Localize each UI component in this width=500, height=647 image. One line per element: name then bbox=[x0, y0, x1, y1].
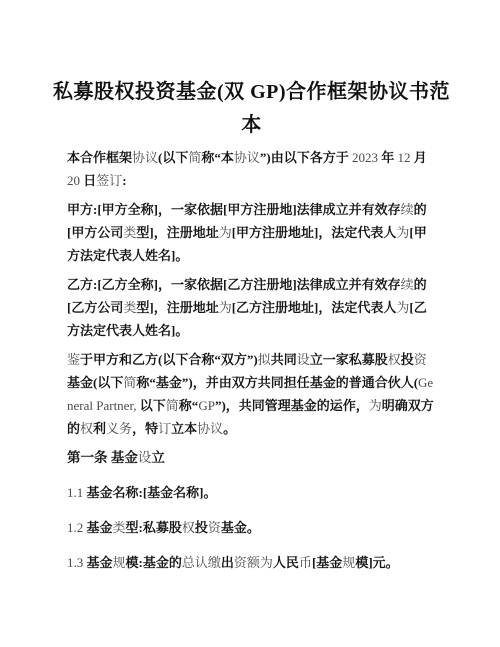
light-glyph-run: 资 bbox=[208, 520, 221, 535]
light-glyph-run: 1.3 bbox=[67, 555, 83, 570]
light-glyph-run: 简 bbox=[166, 398, 179, 413]
light-glyph-run: 规 bbox=[113, 555, 126, 570]
party-a-definition: 甲方:[甲方全称]，一家依据[甲方注册地]法律成立并有效存续的[甲方公司类型]，… bbox=[67, 198, 436, 267]
clause-fund-name: 1.1 基金名称:[基金名称]。 bbox=[67, 481, 436, 504]
intro-paragraph: 本合作框架协议(以下简称“本协议”)由以下各方于 2023 年 12 月 20 … bbox=[67, 146, 436, 192]
light-glyph-run: 1.1 bbox=[67, 485, 83, 500]
light-glyph-run: 为 bbox=[219, 300, 232, 315]
light-glyph-run: 签订 bbox=[96, 173, 122, 188]
light-glyph-run: 权 bbox=[80, 421, 93, 436]
clause-fund-size: 1.3 基金规模:基金的总认缴出资额为人民币[基金规模]元。 bbox=[67, 551, 436, 574]
document-page: 私募股权投资基金(双 GP)合作框架协议书范 本 本合作框架协议(以下简称“本协… bbox=[0, 0, 500, 647]
light-glyph-run: 20 bbox=[67, 173, 80, 188]
light-glyph-run: 类 bbox=[113, 520, 126, 535]
light-glyph-run: 权 bbox=[182, 520, 195, 535]
light-glyph-run: 类 bbox=[123, 300, 136, 315]
light-glyph-run: 资 bbox=[414, 352, 427, 367]
document-title: 私募股权投资基金(双 GP)合作框架协议书范 本 bbox=[47, 76, 456, 142]
light-glyph-run: 设 bbox=[297, 352, 310, 367]
light-glyph-run: 简 bbox=[123, 375, 136, 390]
light-glyph-run: 为 bbox=[369, 398, 382, 413]
party-b-definition: 乙方:[乙方全称]，一家依据[乙方注册地]法律成立并有效存续的[乙方公司类型]，… bbox=[67, 273, 436, 342]
recitals-paragraph: 鉴于甲方和乙方(以下合称“双方”)拟共同设立一家私募股权投资基金(以下简称“基金… bbox=[67, 348, 436, 440]
light-glyph-run: 拟 bbox=[258, 352, 271, 367]
light-glyph-run: 续 bbox=[401, 202, 414, 217]
light-glyph-run: 为 bbox=[396, 300, 409, 315]
light-glyph-run: 2023 bbox=[352, 150, 378, 165]
light-glyph-run: 币 bbox=[299, 555, 312, 570]
light-glyph-run: 为 bbox=[219, 225, 232, 240]
light-glyph-run: 总认缴 bbox=[182, 555, 221, 570]
light-glyph-run: GP bbox=[198, 398, 215, 413]
light-glyph-run: 协议 bbox=[132, 150, 158, 165]
light-glyph-run: 义务 bbox=[106, 421, 132, 436]
light-glyph-run: 为 bbox=[396, 225, 409, 240]
light-glyph-run: 类 bbox=[123, 225, 136, 240]
light-glyph-run: 鉴 bbox=[67, 352, 80, 367]
article-1-heading: 第一条 基金设立 bbox=[67, 446, 436, 469]
light-glyph-run: 权 bbox=[388, 352, 401, 367]
light-glyph-run: 1.2 bbox=[67, 520, 83, 535]
light-glyph-run: 协议 bbox=[234, 150, 260, 165]
light-glyph-run: 12 bbox=[398, 150, 411, 165]
light-glyph-run: 简 bbox=[188, 150, 201, 165]
light-glyph-run: 协议 bbox=[197, 421, 223, 436]
light-glyph-run: 续 bbox=[401, 277, 414, 292]
light-glyph-run: 规 bbox=[342, 555, 355, 570]
light-glyph-run: Partner, bbox=[96, 398, 136, 413]
light-glyph-run: 订 bbox=[158, 421, 171, 436]
light-glyph-run: 资额为 bbox=[234, 555, 273, 570]
light-glyph-run: 设 bbox=[138, 450, 152, 465]
clause-fund-type: 1.2 基金类型:私募股权投资基金。 bbox=[67, 516, 436, 539]
